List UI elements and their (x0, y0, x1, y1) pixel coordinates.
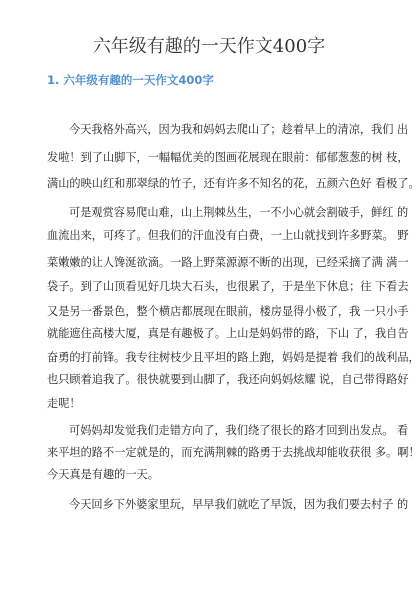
document-title: 六年级有趣的一天作文400字 (0, 36, 418, 58)
paragraph-line: 就能遮住高楼大厦，真是有趣极了。上山是妈妈带的路，下山 了，我自告 (47, 326, 377, 342)
paragraph-line: 今天我格外高兴，因为我和妈妈去爬山了；趁着早上的清凉，我们 出 (69, 122, 399, 138)
paragraph-line: 发啦！到了山脚下，一幅幅优美的图画花展现在眼前：郁郁葱葱的树 枝， (47, 150, 377, 166)
paragraph-line: 袋子。到了山顶看见好几块大石头，也很累了，于是坐下休息；往 下看去 (47, 279, 377, 295)
paragraph-line: 可是观赏容易爬山难，山上荆棘丛生，一不小心就会割破手，鲜红 的 (69, 205, 399, 221)
paragraph-line: 今天回乡下外婆家里玩，早早我们就吃了早饭，因为我们要去村子 的 (69, 497, 399, 513)
paragraph-line: 菜嫩嫩的让人馋涎欲滴。一路上野菜源源不断的出现，已经采摘了满 满一 (47, 255, 377, 271)
paragraph-line: 又是另一番景色，整个横店都展现在眼前，楼房显得小极了，我 一只小手 (47, 304, 377, 320)
paragraph-line: 奋勇的打前锋。我专往树枝少且平坦的路上跑，妈妈是提着 我们的战利品， (47, 350, 377, 366)
section-heading: 1. 六年级有趣的一天作文400字 (47, 72, 214, 88)
paragraph-line: 走呢！ (47, 396, 377, 412)
paragraph-line: 满山的映山红和那翠绿的竹子，还有许多不知名的花，五颜六色好 看极了。 (47, 176, 377, 192)
paragraph-line: 可妈妈却发觉我们走错方向了，我们绕了很长的路才回到出发点。 看 (69, 423, 399, 439)
paragraph-line: 也只顾着追我了。很快就要到山脚了，我还向妈妈炫耀 说，自己带得路好 (47, 372, 377, 388)
paragraph-line: 血流出来，可疼了。但我们的汗血没有白费，一上山就找到许多野菜。 野 (47, 228, 377, 244)
paragraph-line: 今天真是有趣的一天。 (47, 467, 377, 483)
paragraph-line: 来平坦的路不一定就是的，而充满荆棘的路勇于去挑战却能收获很 多。啊！ (47, 445, 377, 461)
